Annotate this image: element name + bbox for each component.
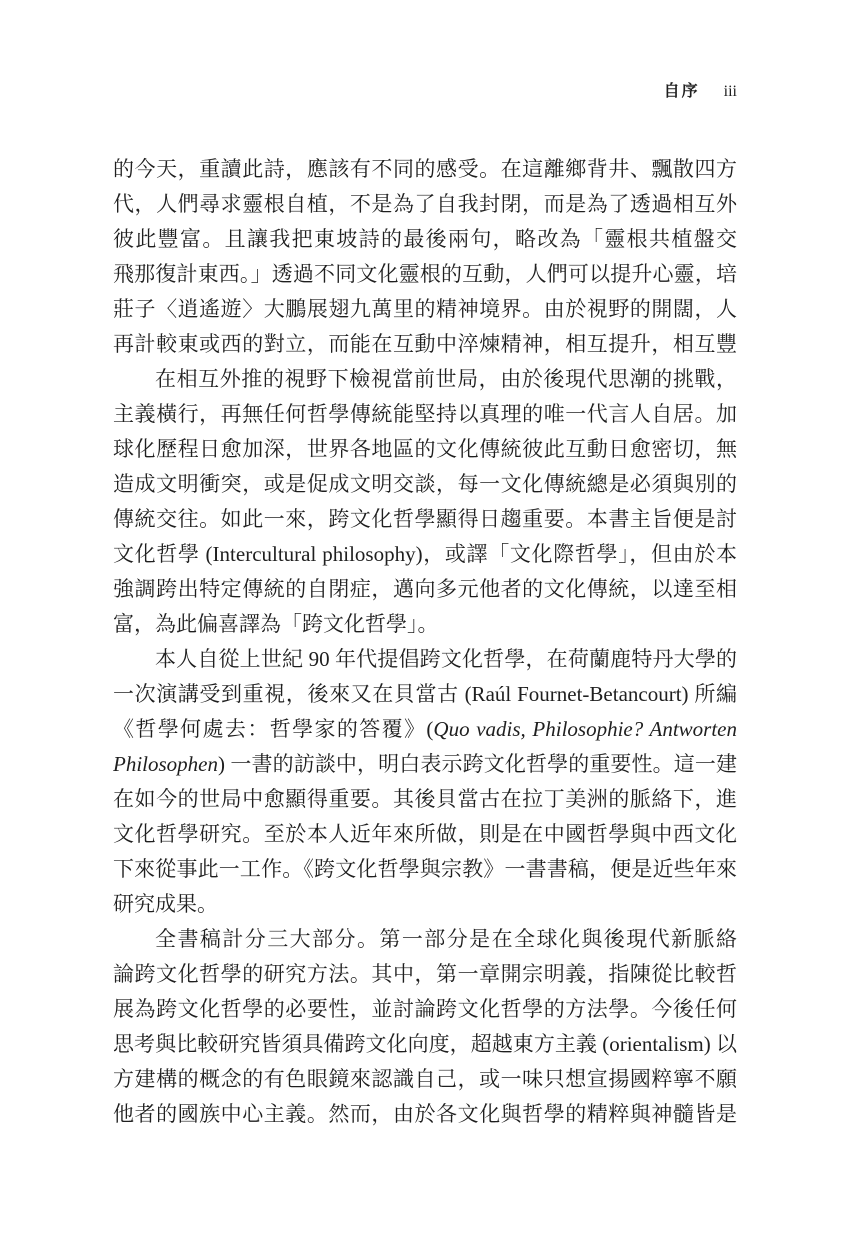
text-line: 在如今的世局中愈顯得重要。其後貝當古在拉丁美洲的脈絡下，進行跨 [113,782,737,817]
text-run: 展為跨文化哲學的必要性，並討論跨文化哲學的方法學。今後任何哲學 [113,997,737,1027]
text-run: 《哲學何處去：哲學家的答覆》( [113,717,433,741]
running-head-section-title: 自序 [664,82,700,102]
text-run: 思考與比較研究皆須具備跨文化向度，超越東方主義 (orientalism) 以西 [113,1032,737,1062]
text-line: 傳統交往。如此一來，跨文化哲學顯得日趨重要。本書主旨便是討論跨 [113,502,737,537]
text-run: 再計較東或西的對立，而能在互動中淬煉精神，相互提升，相互豐富。 [113,332,737,362]
text-line: 論跨文化哲學的研究方法。其中，第一章開宗明義，指陳從比較哲學發 [113,957,737,992]
text-line: 下來從事此一工作。《跨文化哲學與宗教》一書書稿，便是近些年來的 [113,852,737,887]
text-line: 在相互外推的視野下檢視當前世局，由於後現代思潮的挑戰，相對 [113,362,737,397]
text-line: 再計較東或西的對立，而能在互動中淬煉精神，相互提升，相互豐富。 [113,327,737,362]
text-run: 主義橫行，再無任何哲學傳統能堅持以真理的唯一代言人自居。加上全 [113,402,737,432]
text-line: 文化哲學 (Intercultural philosophy)，或譯「文化際哲學… [113,537,737,572]
text-run: 傳統交往。如此一來，跨文化哲學顯得日趨重要。本書主旨便是討論跨 [113,507,737,537]
text-run: 論跨文化哲學的研究方法。其中，第一章開宗明義，指陳從比較哲學發 [113,962,737,992]
text-line: 富，為此偏喜譯為「跨文化哲學」。 [113,607,737,642]
text-line: 莊子〈逍遙遊〉大鵬展翅九萬里的精神境界。由於視野的開闊，人們不 [113,292,737,327]
text-run: 他者的國族中心主義。然而，由於各文化與哲學的精粹與神髓皆是凝聚 [113,1102,737,1132]
text-line: 他者的國族中心主義。然而，由於各文化與哲學的精粹與神髓皆是凝聚 [113,1097,737,1132]
text-line: 本人自從上世紀 90 年代提倡跨文化哲學，在荷蘭鹿特丹大學的 [113,642,737,677]
text-line: 方建構的概念的有色眼鏡來認識自己，或一味只想宣揚國粹寧不願學習 [113,1062,737,1097]
text-run: 研究成果。 [113,892,218,916]
text-run: 在相互外推的視野下檢視當前世局，由於後現代思潮的挑戰，相對 [113,367,737,397]
text-line: 的今天，重讀此詩，應該有不同的感受。在這離鄉背井、飄散四方的時 [113,152,737,187]
text-run: 莊子〈逍遙遊〉大鵬展翅九萬里的精神境界。由於視野的開闊，人們不 [113,297,737,327]
text-line: 彼此豐富。且讓我把東坡詩的最後兩句，略改為「靈根共植盤交錯，鴻 [113,222,737,257]
text-run: 文化哲學 (Intercultural philosophy)，或譯「文化際哲學… [113,542,737,572]
text-line: 研究成果。 [113,887,737,922]
text-line: 思考與比較研究皆須具備跨文化向度，超越東方主義 (orientalism) 以西 [113,1027,737,1062]
page-header: 自序 iii [664,82,737,102]
text-line: 主義橫行，再無任何哲學傳統能堅持以真理的唯一代言人自居。加上全 [113,397,737,432]
text-line: 展為跨文化哲學的必要性，並討論跨文化哲學的方法學。今後任何哲學 [113,992,737,1027]
text-run: 飛那復計東西。」透過不同文化靈根的互動，人們可以提升心靈，培養 [113,262,737,292]
text-run: 的今天，重讀此詩，應該有不同的感受。在這離鄉背井、飄散四方的時 [113,157,737,187]
running-head-page-number: iii [724,82,737,102]
text-run: 方建構的概念的有色眼鏡來認識自己，或一味只想宣揚國粹寧不願學習 [113,1067,737,1097]
text-run: 本人自從上世紀 90 年代提倡跨文化哲學，在荷蘭鹿特丹大學的 [155,647,737,671]
text-line: 強調跨出特定傳統的自閉症，邁向多元他者的文化傳統，以達至相互豐 [113,572,737,607]
text-line: 飛那復計東西。」透過不同文化靈根的互動，人們可以提升心靈，培養 [113,257,737,292]
text-run: 造成文明衝突，或是促成文明交談，每一文化傳統總是必須與別的文化 [113,472,737,502]
text-line: 球化歷程日愈加深，世界各地區的文化傳統彼此互動日愈密切，無論是 [113,432,737,467]
text-run: 強調跨出特定傳統的自閉症，邁向多元他者的文化傳統，以達至相互豐 [113,577,737,607]
text-run: 文化哲學研究。至於本人近年來所做，則是在中國哲學與中西文化脈絡 [113,822,737,852]
text-run: 富，為此偏喜譯為「跨文化哲學」。 [113,612,439,636]
italic-text-run: Philosophen [113,752,218,776]
text-line: 文化哲學研究。至於本人近年來所做，則是在中國哲學與中西文化脈絡 [113,817,737,852]
text-run: 一次演講受到重視，後來又在貝當古 (Raúl Fournet-Betancour… [113,682,737,706]
book-page: 自序 iii 的今天，重讀此詩，應該有不同的感受。在這離鄉背井、飄散四方的時代，… [0,0,850,1247]
text-run: 全書稿計分三大部分。第一部分是在全球化與後現代新脈絡中，討 [113,927,737,957]
text-run: 球化歷程日愈加深，世界各地區的文化傳統彼此互動日愈密切，無論是 [113,437,737,467]
text-run: 下來從事此一工作。《跨文化哲學與宗教》一書書稿，便是近些年來的 [113,857,737,887]
text-line: 《哲學何處去：哲學家的答覆》(Quo vadis, Philosophie? A… [113,712,737,747]
text-run: 代，人們尋求靈根自植，不是為了自我封閉，而是為了透過相互外推， [113,192,737,222]
text-line: 代，人們尋求靈根自植，不是為了自我封閉，而是為了透過相互外推， [113,187,737,222]
page-body: 的今天，重讀此詩，應該有不同的感受。在這離鄉背井、飄散四方的時代，人們尋求靈根自… [113,152,737,1132]
text-line: 全書稿計分三大部分。第一部分是在全球化與後現代新脈絡中，討 [113,922,737,957]
text-line: Philosophen) 一書的訪談中，明白表示跨文化哲學的重要性。這一建議 [113,747,737,782]
text-line: 造成文明衝突，或是促成文明交談，每一文化傳統總是必須與別的文化 [113,467,737,502]
text-run: 在如今的世局中愈顯得重要。其後貝當古在拉丁美洲的脈絡下，進行跨 [113,787,737,817]
text-run: 彼此豐富。且讓我把東坡詩的最後兩句，略改為「靈根共植盤交錯，鴻 [113,227,737,257]
text-line: 一次演講受到重視，後來又在貝當古 (Raúl Fournet-Betancour… [113,677,737,712]
